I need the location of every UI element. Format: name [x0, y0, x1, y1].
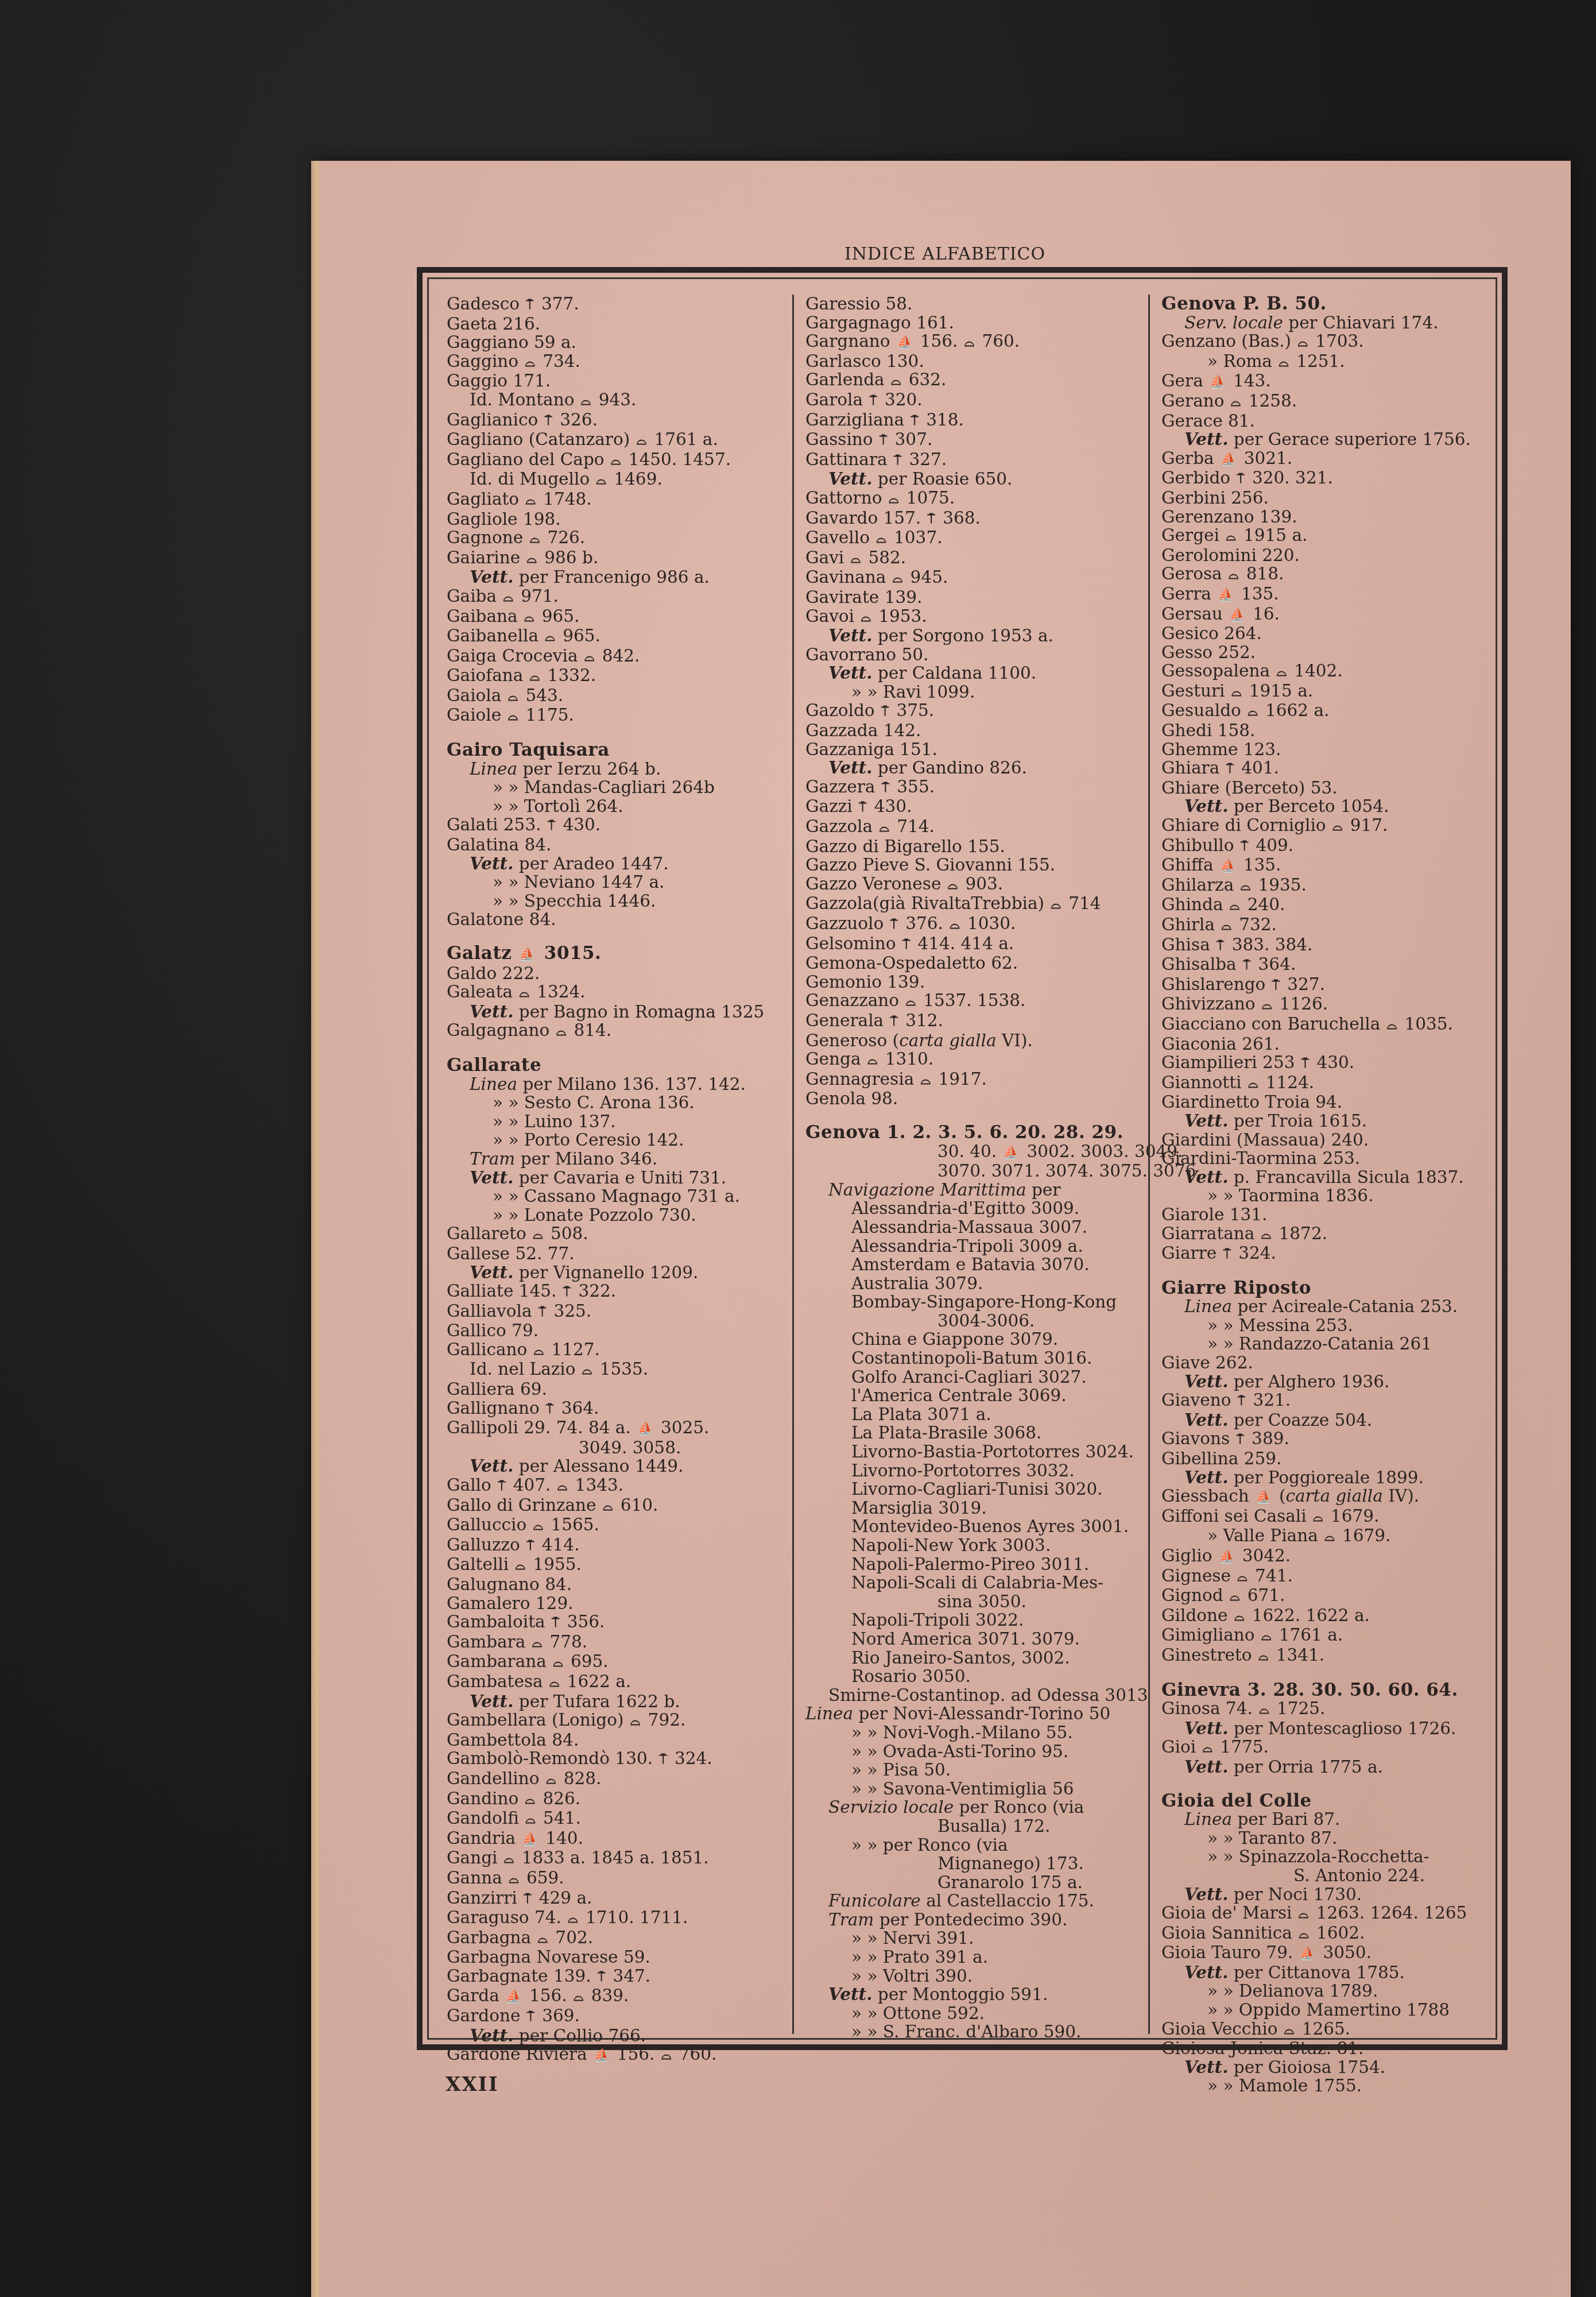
carriage-service-icon: ⌓ [581, 392, 591, 411]
index-entry: » Valle Piana ⌓ 1679. [1161, 1526, 1493, 1546]
bell-station-icon: ⍑ [890, 915, 898, 934]
index-entry: » » Sesto C. Arona 136. [447, 1093, 782, 1112]
index-entry: Id. Montano ⌓ 943. [447, 390, 782, 411]
vett-label: Vett. [470, 567, 513, 587]
index-entry: Bombay-Singapore-Hong-Kong [805, 1293, 1138, 1312]
index-entry: Livorno-Portotorres 3032. [805, 1461, 1138, 1480]
steamboat-icon: ⛵ [1220, 857, 1235, 876]
carriage-service-icon: ⌓ [1226, 527, 1235, 546]
index-entry: Giarre ⍑ 324. [1161, 1244, 1493, 1264]
carriage-service-icon: ⌓ [1299, 1905, 1308, 1924]
vett-label: Vett. [470, 1001, 513, 1022]
index-entry: Giacciano con Baruchella ⌓ 1035. [1161, 1015, 1493, 1035]
bell-station-icon: ⍑ [890, 1012, 898, 1031]
bell-station-icon: ⍑ [1217, 937, 1224, 956]
index-entry: » » Taormina 1836. [1161, 1186, 1493, 1205]
index-entry: Ganzirri ⍑ 429 a. [447, 1889, 782, 1909]
index-entry: Garessio 58. [805, 295, 1138, 314]
index-entry: Gerace 81. [1161, 412, 1493, 431]
index-entry: Vett. per Noci 1730. [1161, 1885, 1493, 1904]
index-entry: Giglio ⛵ 3042. [1161, 1546, 1493, 1567]
carriage-service-icon: ⌓ [1299, 1925, 1308, 1944]
index-entry: » » Voltri 390. [805, 1967, 1138, 1986]
vett-label: Vett. [828, 625, 872, 645]
carriage-service-icon: ⌓ [1230, 896, 1239, 915]
index-entry: Ghilarza ⌓ 1935. [1161, 876, 1493, 896]
vett-label: Vett. [828, 663, 872, 683]
carriage-service-icon: ⌓ [1261, 1627, 1271, 1646]
index-entry: Gallipoli 29. 74. 84 a. ⛵ 3025. [447, 1418, 782, 1438]
index-entry: Tram per Milano 346. [447, 1150, 782, 1169]
carriage-service-icon: ⌓ [1276, 663, 1286, 682]
vett-label: Vett. [1184, 1371, 1228, 1391]
index-entry: Galgagnano ⌓ 814. [447, 1021, 782, 1041]
index-entry: Gaiola ⌓ 543. [447, 686, 782, 706]
steamboat-icon: ⛵ [897, 333, 912, 352]
index-entry: Gesico 264. [1161, 624, 1493, 643]
index-entry: Napoli-Scali di Calabria-Mes- [805, 1573, 1138, 1592]
index-entry: Gessopalena ⌓ 1402. [1161, 662, 1493, 682]
index-entry: Vett. per Aradeo 1447. [447, 854, 782, 873]
carriage-service-icon: ⌓ [534, 1341, 544, 1360]
carriage-service-icon: ⌓ [1332, 817, 1342, 836]
index-entry: Gattorno ⌓ 1075. [805, 489, 1138, 509]
index-entry: Gagliano del Capo ⌓ 1450. 1457. [447, 450, 782, 470]
carriage-service-icon: ⌓ [533, 1517, 543, 1536]
index-column-3: Genova P. B. 50.Serv. locale per Chiavar… [1150, 295, 1503, 2034]
index-entry: Servizio locale per Ronco (via [805, 1798, 1138, 1817]
bell-station-icon: ⍑ [859, 798, 866, 817]
index-entry: Gaiba ⌓ 971. [447, 587, 782, 607]
bell-station-icon: ⍑ [563, 1283, 571, 1302]
index-entry: » » Cassano Magnago 731 a. [447, 1187, 782, 1206]
vett-label: Vett. [470, 2025, 513, 2045]
index-entry: Garola ⍑ 320. [805, 390, 1138, 411]
index-entry: Vett. per Bagno in Romagna 1325 [447, 1003, 782, 1022]
index-entry: » » per Ronco (via [805, 1836, 1138, 1855]
carriage-service-icon: ⌓ [519, 984, 529, 1003]
service-type-label: carta gialla [1285, 1486, 1382, 1506]
index-entry: » » Porto Ceresio 142. [447, 1131, 782, 1150]
service-type-label: Linea [470, 759, 517, 779]
carriage-service-icon: ⌓ [530, 667, 540, 686]
index-entry: Gignese ⌓ 741. [1161, 1567, 1493, 1587]
vett-label: Vett. [1184, 1467, 1228, 1487]
steamboat-icon: ⛵ [1219, 1548, 1234, 1567]
index-entry: Gioi ⌓ 1775. [1161, 1738, 1493, 1758]
bell-station-icon: ⍑ [659, 1750, 667, 1769]
index-entry: » » Messina 253. [1161, 1316, 1493, 1335]
steamboat-icon: ⛵ [637, 1420, 653, 1438]
index-entry: » » Savona-Ventimiglia 56 [805, 1780, 1138, 1799]
index-entry: Ghiffa ⛵ 135. [1161, 856, 1493, 876]
index-entry: Giampilieri 253 ⍑ 430. [1161, 1053, 1493, 1073]
index-entry: Gaglianico ⍑ 326. [447, 411, 782, 431]
index-entry: Galatone 84. [447, 910, 782, 929]
index-entry: Gioia Tauro 79. ⛵ 3050. [1161, 1943, 1493, 1963]
index-entry: Gavinana ⌓ 945. [805, 568, 1138, 588]
index-entry: Genzano (Bas.) ⌓ 1703. [1161, 332, 1493, 352]
carriage-service-icon: ⌓ [611, 451, 621, 470]
carriage-service-icon: ⌓ [1279, 353, 1288, 372]
index-entry: Gandellino ⌓ 828. [447, 1769, 782, 1789]
index-entry: Ginestreto ⌓ 1341. [1161, 1646, 1493, 1666]
index-entry: Linea per Bari 87. [1161, 1810, 1493, 1829]
index-entry: Gimigliano ⌓ 1761 a. [1161, 1626, 1493, 1646]
index-entry: La Plata 3071 a. [805, 1405, 1138, 1424]
index-entry: » » Randazzo-Catania 261 [1161, 1335, 1493, 1354]
index-entry: Id. nel Lazio ⌓ 1535. [447, 1360, 782, 1380]
index-entry: Gergei ⌓ 1915 a. [1161, 526, 1493, 546]
index-entry: Giessbach ⛵ (carta gialla IV). [1161, 1487, 1493, 1507]
index-entry: Giffoni sei Casali ⌓ 1679. [1161, 1507, 1493, 1527]
index-entry: Galliera 69. [447, 1380, 782, 1399]
index-entry: Galugnano 84. [447, 1575, 782, 1594]
index-entry: Linea per Novi-Alessandr-Torino 50 [805, 1704, 1138, 1723]
index-entry: Gavoi ⌓ 1953. [805, 607, 1138, 627]
index-entry: Gallareto ⌓ 508. [447, 1224, 782, 1244]
index-entry: » » Prato 391 a. [805, 1948, 1138, 1967]
index-entry: Gavorrano 50. [805, 645, 1138, 664]
index-entry: Nord America 3071. 3079. [805, 1630, 1138, 1649]
carriage-service-icon: ⌓ [1222, 917, 1231, 935]
index-entry: Linea per Milano 136. 137. 142. [447, 1075, 782, 1094]
index-entry: Gazzola ⌓ 714. [805, 817, 1138, 837]
steamboat-icon: ⛵ [1004, 1143, 1019, 1162]
index-entry: l'America Centrale 3069. [805, 1386, 1138, 1405]
index-entry: Giannotti ⌓ 1124. [1161, 1073, 1493, 1093]
index-entry: » Roma ⌓ 1251. [1161, 352, 1493, 372]
index-entry: Vett. per Orria 1775 a. [1161, 1758, 1493, 1777]
index-heading: Genova 1. 2. 3. 5. 6. 20. 28. 29. [805, 1123, 1138, 1142]
index-entry: Ghirla ⌓ 732. [1161, 915, 1493, 935]
bell-station-icon: ⍑ [1237, 470, 1244, 489]
index-entry: Smirne-Costantinop. ad Odessa 3013 [805, 1686, 1138, 1705]
index-entry: Ghiare di Corniglio ⌓ 917. [1161, 816, 1493, 836]
carriage-service-icon: ⌓ [891, 372, 901, 390]
index-entry: Tram per Pontedecimo 390. [805, 1911, 1138, 1929]
index-entry: » » Tortolì 264. [447, 797, 782, 816]
index-entry: Gandria ⛵ 140. [447, 1829, 782, 1849]
index-entry: Giaveno ⍑ 321. [1161, 1391, 1493, 1411]
index-entry: Vett. per Montoggio 591. [805, 1985, 1138, 2004]
bell-station-icon: ⍑ [526, 1537, 534, 1556]
index-entry: Gaiga Crocevia ⌓ 842. [447, 647, 782, 667]
index-entry: Rio Janeiro-Santos, 3002. [805, 1649, 1138, 1668]
steamboat-icon: ⛵ [1229, 606, 1245, 625]
index-entry: Gandino ⌓ 826. [447, 1789, 782, 1809]
carriage-service-icon: ⌓ [867, 1051, 877, 1070]
index-entry: Gambettola 84. [447, 1731, 782, 1750]
index-entry: Galluccio ⌓ 1565. [447, 1515, 782, 1536]
index-column-2: Garessio 58.Gargagnago 161.Gargnano ⛵ 15… [794, 295, 1150, 2034]
index-entry: Giavons ⍑ 389. [1161, 1429, 1493, 1449]
index-heading: Gallarate [447, 1056, 782, 1075]
carriage-service-icon: ⌓ [921, 1071, 931, 1090]
index-entry: Ghisalba ⍑ 364. [1161, 955, 1493, 975]
index-entry: Gaiarine ⌓ 986 b. [447, 548, 782, 569]
index-entry: Gaeta 216. [447, 315, 782, 334]
bell-station-icon: ⍑ [1223, 1245, 1231, 1264]
index-entry: Generala ⍑ 312. [805, 1011, 1138, 1031]
carriage-service-icon: ⌓ [1234, 1607, 1244, 1626]
index-entry: 3049. 3058. [447, 1438, 782, 1457]
index-entry: Gassino ⍑ 307. [805, 430, 1138, 450]
carriage-service-icon: ⌓ [524, 608, 534, 627]
bell-station-icon: ⍑ [902, 935, 910, 954]
index-entry: Gagnone ⌓ 726. [447, 528, 782, 548]
index-entry: Gagliano (Catanzaro) ⌓ 1761 a. [447, 430, 782, 450]
index-entry: Vett. per Cittanova 1785. [1161, 1963, 1493, 1982]
carriage-service-icon: ⌓ [508, 707, 518, 726]
carriage-service-icon: ⌓ [596, 471, 606, 490]
index-entry: Galliate 145. ⍑ 322. [447, 1282, 782, 1302]
index-entry: Gerosa ⌓ 818. [1161, 564, 1493, 585]
bell-station-icon: ⍑ [880, 431, 887, 450]
bell-station-icon: ⍑ [928, 510, 935, 529]
index-entry: Galtelli ⌓ 1955. [447, 1555, 782, 1575]
bell-station-icon: ⍑ [1237, 1430, 1244, 1449]
bell-station-icon: ⍑ [598, 1968, 605, 1987]
carriage-service-icon: ⌓ [557, 1477, 567, 1496]
index-entry: Ghinda ⌓ 240. [1161, 895, 1493, 915]
service-type-label: Tram [828, 1910, 874, 1929]
carriage-service-icon: ⌓ [964, 333, 974, 352]
carriage-service-icon: ⌓ [538, 1929, 548, 1948]
index-entry: Gamalero 129. [447, 1594, 782, 1613]
index-entry: » » Ovada-Asti-Torino 95. [805, 1742, 1138, 1761]
index-entry: Ghislarengo ⍑ 327. [1161, 975, 1493, 995]
index-entry: Vett. per Poggioreale 1899. [1161, 1468, 1493, 1487]
index-entry: Ghedi 158. [1161, 721, 1493, 740]
index-entry: Ganna ⌓ 659. [447, 1869, 782, 1889]
carriage-service-icon: ⌓ [1248, 1074, 1258, 1093]
bell-station-icon: ⍑ [552, 1614, 559, 1633]
index-entry: Giardinetto Troia 94. [1161, 1093, 1493, 1112]
carriage-service-icon: ⌓ [584, 648, 594, 667]
index-entry: 3004-3006. [805, 1312, 1138, 1331]
index-entry: Gioia de' Marsi ⌓ 1263. 1264. 1265 [1161, 1904, 1493, 1924]
index-entry: Gildone ⌓ 1622. 1622 a. [1161, 1606, 1493, 1626]
index-entry: Gavello ⌓ 1037. [805, 528, 1138, 548]
carriage-service-icon: ⌓ [1259, 1700, 1269, 1719]
carriage-service-icon: ⌓ [1248, 702, 1257, 721]
carriage-service-icon: ⌓ [603, 1497, 613, 1516]
index-entry: Giardini (Massaua) 240. [1161, 1131, 1493, 1150]
index-entry: Gerbini 256. [1161, 489, 1493, 508]
service-type-label: Linea [1184, 1809, 1232, 1829]
index-heading: Genova P. B. 50. [1161, 295, 1493, 314]
index-entry: Gallico 79. [447, 1321, 782, 1340]
index-entry: Garzigliana ⍑ 318. [805, 411, 1138, 431]
index-entry: Gera ⛵ 143. [1161, 372, 1493, 392]
carriage-service-icon: ⌓ [1230, 1587, 1239, 1606]
index-entry: Busalla) 172. [805, 1817, 1138, 1836]
bell-station-icon: ⍑ [1238, 1392, 1245, 1411]
index-entry: Galliavola ⍑ 325. [447, 1302, 782, 1322]
vett-label: Vett. [1184, 1410, 1228, 1430]
index-entry: Gazzo Veronese ⌓ 903. [805, 875, 1138, 895]
carriage-service-icon: ⌓ [553, 1653, 563, 1672]
vett-label: Vett. [1184, 796, 1228, 816]
index-entry: Gazzo di Bigarello 155. [805, 837, 1138, 856]
carriage-service-icon: ⌓ [1284, 2021, 1294, 2040]
index-entry: Gazzada 142. [805, 721, 1138, 740]
carriage-service-icon: ⌓ [630, 1712, 640, 1731]
carriage-service-icon: ⌓ [950, 915, 959, 934]
vett-label: Vett. [1184, 429, 1228, 449]
index-entry: Gattinara ⍑ 327. [805, 450, 1138, 470]
carriage-service-icon: ⌓ [516, 1556, 525, 1575]
index-entry: Gazoldo ⍑ 375. [805, 701, 1138, 721]
index-entry: Gioiosa Jonica Staz. 81. [1161, 2039, 1493, 2058]
carriage-service-icon: ⌓ [545, 628, 555, 647]
vett-label: Vett. [470, 1456, 513, 1476]
index-entry: Napoli-Tripoli 3022. [805, 1611, 1138, 1630]
bell-station-icon: ⍑ [882, 779, 889, 798]
index-entry: Garaguso 74. ⌓ 1710. 1711. [447, 1908, 782, 1928]
vett-label: Vett. [828, 469, 872, 489]
index-entry: Vett. per Gandino 826. [805, 759, 1138, 778]
index-entry: Alessandria-Massaua 3007. [805, 1218, 1138, 1237]
carriage-service-icon: ⌓ [1297, 333, 1307, 352]
index-entry: Gagliato ⌓ 1748. [447, 490, 782, 510]
vett-label: Vett. [828, 1984, 872, 2004]
carriage-service-icon: ⌓ [556, 1022, 566, 1041]
index-entry: » » Spinazzola-Rocchetta- [1161, 1847, 1493, 1866]
index-entry: Galluzzo ⍑ 414. [447, 1536, 782, 1556]
index-heading: Gairo Taquisara [447, 741, 782, 760]
index-entry: Amsterdam e Batavia 3070. [805, 1255, 1138, 1274]
index-entry: » » Ottone 592. [805, 2004, 1138, 2023]
index-entry: » » S. Franc. d'Albaro 590. [805, 2023, 1138, 2041]
index-entry: Ghisa ⍑ 383. 384. [1161, 935, 1493, 956]
index-entry: Gesso 252. [1161, 643, 1493, 662]
index-entry: Gaiofana ⌓ 1332. [447, 666, 782, 686]
carriage-service-icon: ⌓ [504, 1850, 514, 1869]
index-entry: La Plata-Brasile 3068. [805, 1424, 1138, 1443]
index-entry: Gagliole 198. [447, 510, 782, 529]
carriage-service-icon: ⌓ [525, 1810, 535, 1829]
carriage-service-icon: ⌓ [637, 431, 646, 450]
index-entry: Serv. locale per Chiavari 174. [1161, 314, 1493, 332]
index-column-1: Gadesco ⍑ 377.Gaeta 216.Gaggiano 59 a.Ga… [435, 295, 794, 2034]
running-head: INDICE ALFABETICO [319, 244, 1571, 264]
index-entry: Gaggiano 59 a. [447, 333, 782, 352]
index-entry: Giave 262. [1161, 1354, 1493, 1372]
vett-label: Vett. [828, 757, 872, 778]
index-entry: Gerba ⛵ 3021. [1161, 449, 1493, 469]
steamboat-icon: ⛵ [1221, 450, 1236, 469]
index-entry: Vett. per Coazze 504. [1161, 1411, 1493, 1430]
index-entry: Gallicano ⌓ 1127. [447, 1340, 782, 1360]
index-entry: Galdo 222. [447, 964, 782, 983]
carriage-service-icon: ⌓ [1229, 566, 1238, 585]
carriage-service-icon: ⌓ [530, 529, 540, 548]
index-entry: Gaiole ⌓ 1175. [447, 706, 782, 726]
index-entry: Vett. p. Francavilla Sicula 1837. [1161, 1168, 1493, 1187]
index-entry: Gargnano ⛵ 156. ⌓ 760. [805, 332, 1138, 352]
index-entry: Gazzera ⍑ 355. [805, 778, 1138, 798]
index-entry: Linea per Acireale-Catania 253. [1161, 1297, 1493, 1316]
index-entry: Vett. per Gioiosa 1754. [1161, 2058, 1493, 2077]
carriage-service-icon: ⌓ [851, 550, 861, 569]
service-type-label: Servizio locale [828, 1797, 954, 1817]
index-entry: Giaconia 261. [1161, 1035, 1493, 1054]
index-entry: Vett. per Sorgono 1953 a. [805, 627, 1138, 645]
index-entry: Garbagna ⌓ 702. [447, 1928, 782, 1948]
index-entry: Vett. per Caldana 1100. [805, 664, 1138, 683]
index-entry: Marsiglia 3019. [805, 1499, 1138, 1518]
index-entry: » » Lonate Pozzolo 730. [447, 1206, 782, 1225]
index-entry: Gazzuolo ⍑ 376. ⌓ 1030. [805, 914, 1138, 934]
index-entry: Gerolomini 220. [1161, 546, 1493, 565]
index-entry: Gambellara (Lonigo) ⌓ 792. [447, 1711, 782, 1731]
bell-station-icon: ⍑ [1301, 1054, 1309, 1073]
index-entry: Giardini-Taormina 253. [1161, 1149, 1493, 1168]
index-entry: Gaibanella ⌓ 965. [447, 627, 782, 647]
index-entry: Gesualdo ⌓ 1662 a. [1161, 701, 1493, 721]
bell-station-icon: ⍑ [539, 1303, 546, 1322]
steamboat-icon: ⛵ [594, 2046, 609, 2065]
vett-label: Vett. [470, 853, 513, 873]
bell-station-icon: ⍑ [1226, 760, 1234, 779]
carriage-service-icon: ⌓ [893, 569, 902, 588]
bell-station-icon: ⍑ [1243, 956, 1250, 975]
index-entry: » » Ravi 1099. [805, 683, 1138, 702]
index-entry: » » Oppido Mamertino 1788 [1161, 2001, 1493, 2020]
index-entry: Gambolò-Remondò 130. ⍑ 324. [447, 1749, 782, 1769]
index-entry: Gallese 52. 77. [447, 1244, 782, 1263]
index-entry: Gallo di Grinzane ⌓ 610. [447, 1496, 782, 1516]
index-entry: Garlenda ⌓ 632. [805, 370, 1138, 390]
index-entry: » » Mandas-Cagliari 264b [447, 778, 782, 797]
index-entry: Navigazione Marittima per [805, 1181, 1138, 1200]
carriage-service-icon: ⌓ [549, 1673, 559, 1692]
carriage-service-icon: ⌓ [1261, 1225, 1271, 1244]
index-entry: Gardone ⍑ 369. [447, 2006, 782, 2027]
index-entry: Rosario 3050. [805, 1667, 1138, 1686]
index-entry: » » Taranto 87. [1161, 1829, 1493, 1848]
bell-station-icon: ⍑ [526, 296, 533, 315]
carriage-service-icon: ⌓ [525, 1791, 535, 1809]
index-heading: Ginevra 3. 28. 30. 50. 60. 64. [1161, 1681, 1493, 1700]
index-entry: Gerano ⌓ 1258. [1161, 392, 1493, 412]
index-entry: Garbagna Novarese 59. [447, 1948, 782, 1967]
index-entry: Giarratana ⌓ 1872. [1161, 1224, 1493, 1244]
index-entry: 30. 40. ⛵ 3002. 3003. 3049. [805, 1142, 1138, 1162]
carriage-service-icon: ⌓ [582, 1361, 592, 1380]
index-entry: Vett. per Francenigo 986 a. [447, 568, 782, 587]
index-entry: Giarole 131. [1161, 1205, 1493, 1224]
vett-label: Vett. [1184, 1111, 1228, 1131]
service-type-label: Linea [805, 1704, 853, 1723]
carriage-service-icon: ⌓ [1203, 1739, 1213, 1758]
carriage-service-icon: ⌓ [525, 353, 535, 372]
index-entry: Vett. per Berceto 1054. [1161, 797, 1493, 816]
index-entry: China e Giappone 3079. [805, 1330, 1138, 1349]
index-entry: Gambarana ⌓ 695. [447, 1652, 782, 1672]
index-entry: Alessandria-d'Egitto 3009. [805, 1199, 1138, 1218]
index-entry: Gazzo Pieve S. Giovanni 155. [805, 856, 1138, 875]
bell-station-icon: ⍑ [869, 392, 877, 411]
index-entry: Ghivizzano ⌓ 1126. [1161, 995, 1493, 1015]
carriage-service-icon: ⌓ [509, 1870, 518, 1889]
index-entry: Vett. per Alghero 1936. [1161, 1372, 1493, 1391]
index-entry: Gargagnago 161. [805, 314, 1138, 332]
index-columns: Gadesco ⍑ 377.Gaeta 216.Gaggiano 59 a.Ga… [435, 295, 1489, 2034]
index-entry: Gelsomino ⍑ 414. 414 a. [805, 934, 1138, 954]
